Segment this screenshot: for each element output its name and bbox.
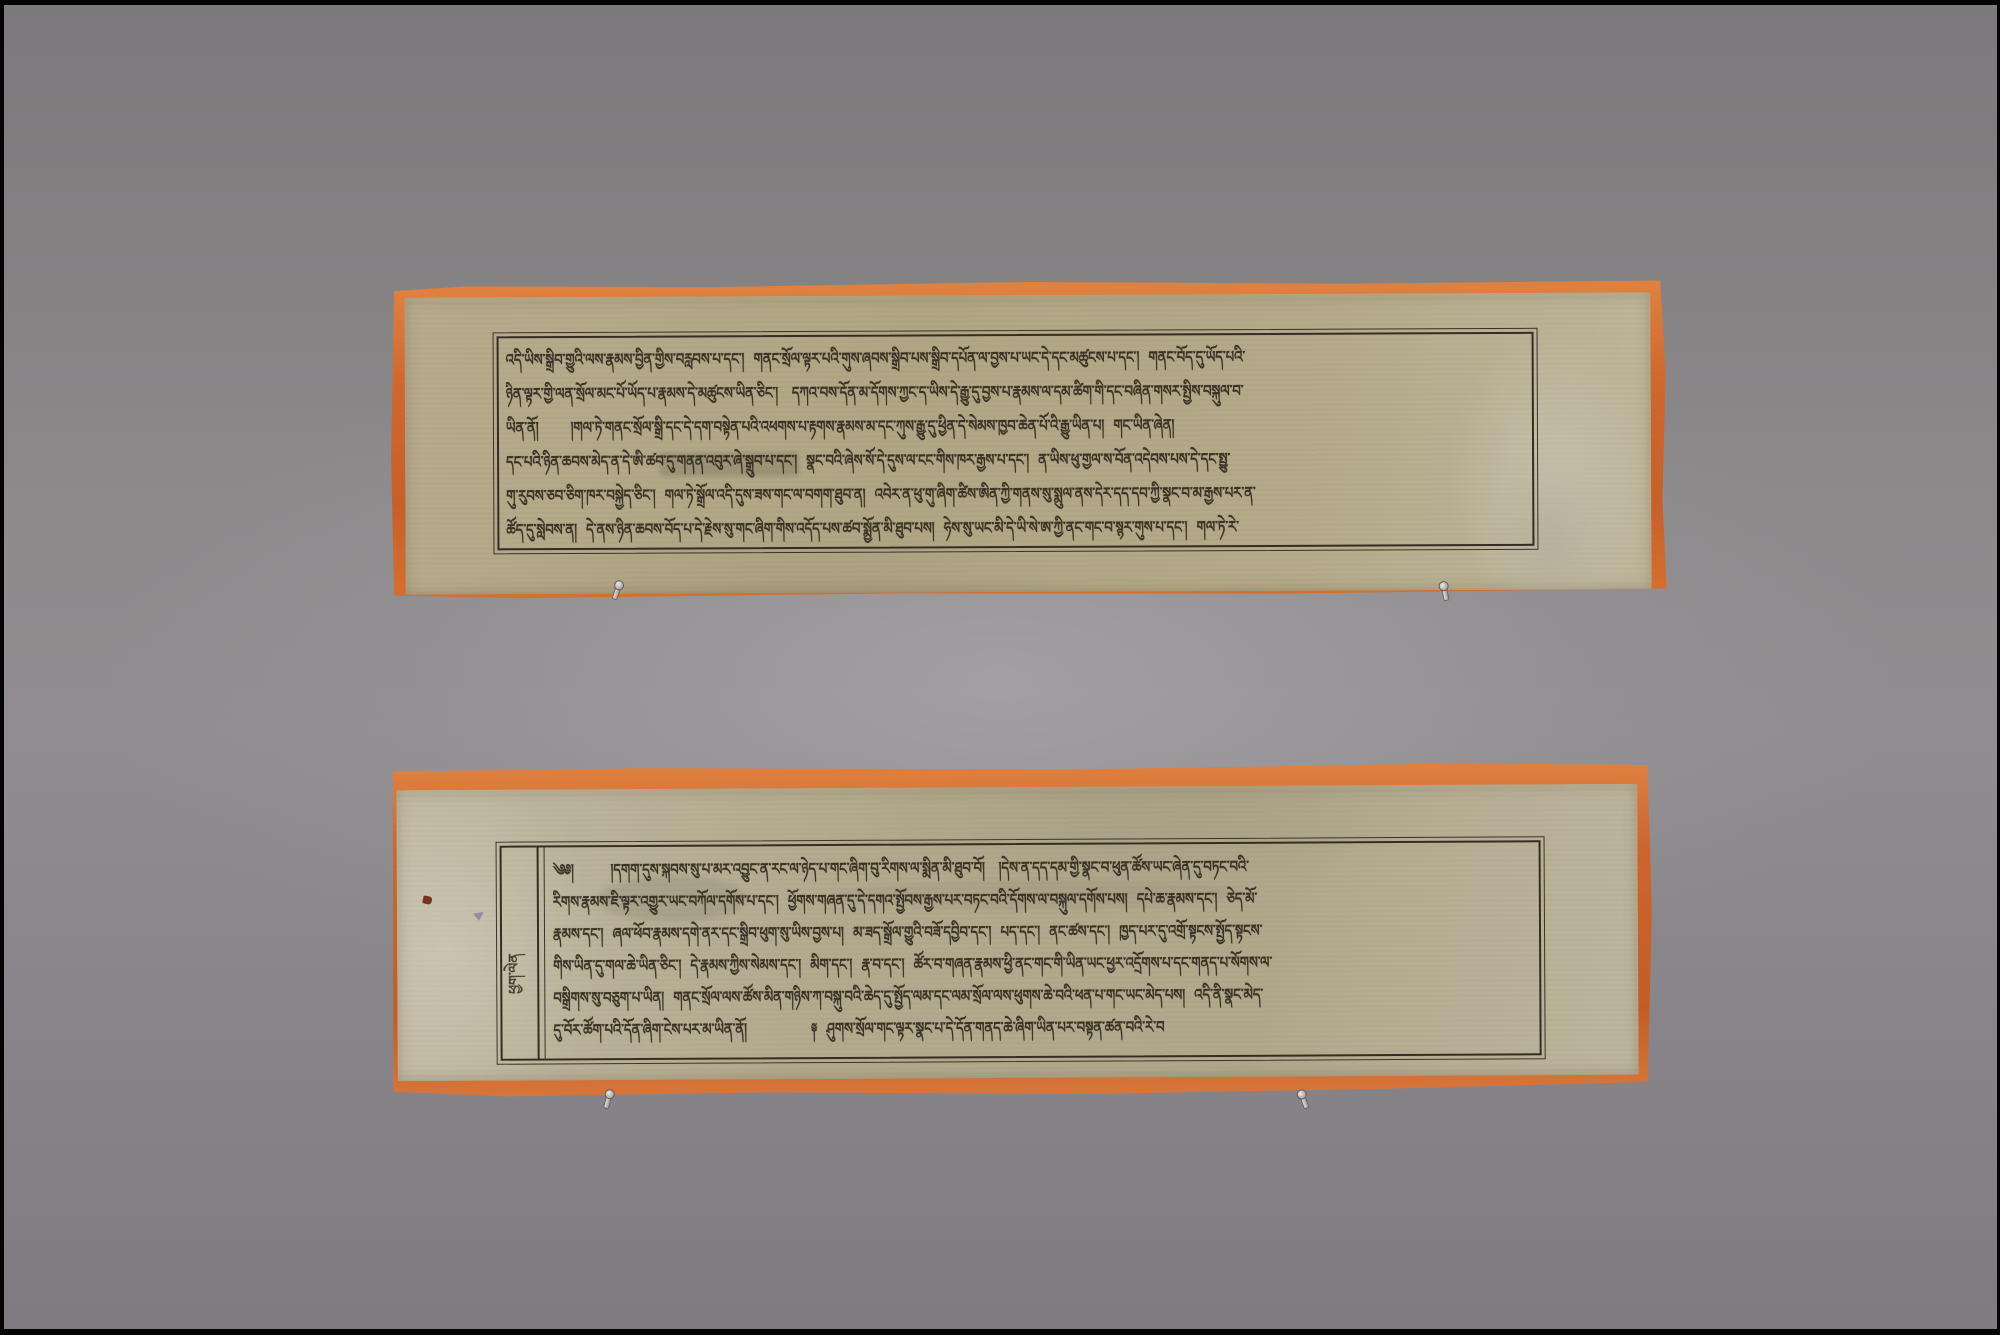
text-frame-bottom: ཕྱག་ལེན ༄༅། །དགག་དུས་སྐབས་སུ་པ་མར་འབྱུང་… bbox=[496, 836, 1546, 1064]
text-line: ཡིན་ནོ། །གལ་ཏེ་གནང་སྲོལ་སྒྲི་དང་དེ་དག་བས… bbox=[506, 408, 1345, 446]
text-line: རིགས་རྣམས་ཇི་ལྟར་འགྱུར་ཡང་བཀོལ་དགོས་པ་དང… bbox=[553, 882, 1359, 918]
photo-frame: འདི་ཡིས་སྒྲིབ་གྱུའི་ལས་རྣམས་བྱིན་གྱིས་བར… bbox=[0, 0, 2000, 1335]
text-line: གིས་ཡིན་དུ་གལ་ཆེ་ཡིན་ཅིང་། དེ་རྣམས་ཀྱིས་… bbox=[553, 946, 1359, 982]
manuscript-leaf-bottom: ཕྱག་ལེན ༄༅། །དགག་དུས་སྐབས་སུ་པ་མར་འབྱུང་… bbox=[389, 762, 1653, 1099]
manuscript-leaf-top: འདི་ཡིས་སྒྲིབ་གྱུའི་ལས་རྣམས་བྱིན་གྱིས་བར… bbox=[390, 279, 1666, 599]
paper-top: འདི་ཡིས་སྒྲིབ་གྱུའི་ལས་རྣམས་བྱིན་གྱིས་བར… bbox=[404, 292, 1651, 594]
text-frame-top: འདི་ཡིས་སྒྲིབ་གྱུའི་ལས་རྣམས་བྱིན་གྱིས་བར… bbox=[493, 328, 1539, 555]
red-ink-dot bbox=[422, 895, 432, 905]
text-line: དང་པའི་ཉིན་ཆབས་མེད་ན་དེ་ཨི་ཚབ་དུ་གནན་འབུ… bbox=[506, 442, 1345, 480]
paper-bottom: ཕྱག་ལེན ༄༅། །དགག་དུས་སྐབས་སུ་པ་མར་འབྱུང་… bbox=[396, 784, 1639, 1081]
text-line: རྣམས་དང་། ཞལ་ཕོབ་རྣམས་དགེ་ནར་དང་སྒྲིབ་ཕུ… bbox=[553, 914, 1359, 950]
backdrop bbox=[4, 5, 1997, 1329]
text-line: གུ་རུབས་ཅབ་ཅིག་ཁར་བསྐྱེད་ཅིང་། གལ་ཏེ་སྒྲ… bbox=[506, 476, 1345, 514]
purple-smudge bbox=[473, 912, 484, 921]
text-line: ཉིན་ལྟར་གྱི་ལན་སྲོལ་མང་པོ་ཡོད་པ་རྣམས་དེ་… bbox=[506, 374, 1345, 412]
margin-caption: ཕྱག་ལེན bbox=[495, 889, 540, 1059]
text-line: ཚོད་དུ་སླེབས་ན། དེ་ནས་ཉིན་ཆབས་བོད་པ་དེ་ར… bbox=[506, 510, 1345, 548]
text-line: དུ་བོར་ཚོག་པའི་དོན་ཞིག་ངེས་པར་མ་ཡིན་ནོ། … bbox=[553, 1010, 1359, 1046]
text-block-bottom: ༄༅། །དགག་དུས་སྐབས་སུ་པ་མར་འབྱུང་ན་རང་ལ་ཉ… bbox=[553, 849, 1537, 1057]
text-block-top: འདི་ཡིས་སྒྲིབ་གྱུའི་ལས་རྣམས་བྱིན་གྱིས་བར… bbox=[506, 339, 1530, 547]
text-line: ༄༅། །དགག་དུས་སྐབས་སུ་པ་མར་འབྱུང་ན་རང་ལ་ཉ… bbox=[553, 850, 1359, 886]
margin-caption-text: ཕྱག་ལེན bbox=[497, 953, 537, 994]
text-line: བསྒྲིགས་སུ་བཅུག་པ་ཡིན། གནང་སྲོལ་ལས་ཚོས་མ… bbox=[553, 978, 1359, 1014]
text-line: འདི་ཡིས་སྒྲིབ་གྱུའི་ལས་རྣམས་བྱིན་གྱིས་བར… bbox=[506, 340, 1345, 378]
